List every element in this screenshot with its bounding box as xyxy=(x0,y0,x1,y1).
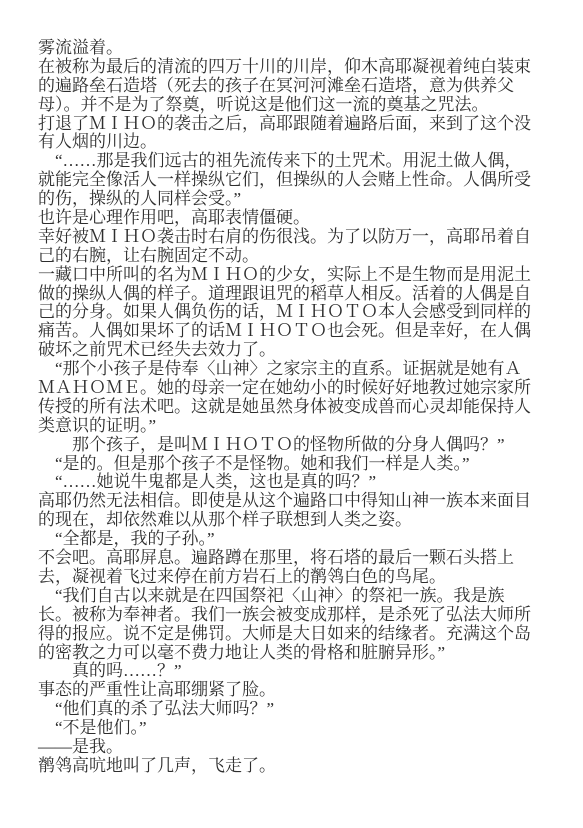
text-line: ＭＡＨＯＭＥ。她的母亲一定在她幼小的时候好好地教过她宗家所 xyxy=(38,379,547,398)
text-line: 长。被称为奉神者。我们一族会被变成那样，是杀死了弘法大师所 xyxy=(38,606,547,625)
text-line: 痛苦。人偶如果坏了的话ＭＩＨＯＴＯ也会死。但是幸好，在人偶 xyxy=(38,322,547,341)
text-line: 母）。并不是为了祭奠，听说这是他们这一流的奠基之咒法。 xyxy=(38,96,547,115)
text-line: “不是他们。” xyxy=(38,719,547,738)
text-line: 也许是心理作用吧，高耶表情僵硬。 xyxy=(38,209,547,228)
text-line: 一藏口中所叫的名为ＭＩＨＯ的少女，实际上不是生物而是用泥土 xyxy=(38,266,547,285)
text-line: 打退了ＭＩＨＯ的袭击之后，高耶跟随着遍路后面，来到了这个没 xyxy=(38,115,547,134)
text-line: 的密教之力可以毫不费力地让人类的骨格和脏腑异形。” xyxy=(38,644,547,663)
text-line: “我们自古以来就是在四国祭祀〈山神〉的祭祀一族。我是族 xyxy=(38,587,547,606)
text-line: 去，凝视着飞过来停在前方岩石上的鹡鸰白色的鸟尾。 xyxy=(38,568,547,587)
text-line: 真的吗……？” xyxy=(38,662,547,681)
text-line: 幸好被ＭＩＨＯ袭击时右肩的伤很浅。为了以防万一，高耶吊着自 xyxy=(38,228,547,247)
text-line: “……那是我们远古的祖先流传来下的土咒术。用泥土做人偶， xyxy=(38,152,547,171)
text-line: ——是我。 xyxy=(38,738,547,757)
text-line: 得的报应。说不定是佛罚。大师是大日如来的结缘者。充满这个岛 xyxy=(38,625,547,644)
text-line: 鹡鸰高吭地叫了几声，飞走了。 xyxy=(38,757,547,776)
text-line: “全都是，我的子孙。” xyxy=(38,530,547,549)
text-line: 的伤，操纵的人同样会受。” xyxy=(38,190,547,209)
text-line: 有人烟的川边。 xyxy=(38,133,547,152)
text-line: 那个孩子，是叫ＭＩＨＯＴＯ的怪物所做的分身人偶吗？” xyxy=(38,436,547,455)
text-line: 做的操纵人偶的样子。道理跟诅咒的稻草人相反。活着的人偶是自 xyxy=(38,285,547,304)
text-line: 的现在，却依然难以从那个样子联想到人类之姿。 xyxy=(38,511,547,530)
text-line: “那个小孩子是侍奉〈山神〉之家宗主的直系。证据就是她有Ａ xyxy=(38,360,547,379)
text-line: 破坏之前咒术已经失去效力了。 xyxy=(38,341,547,360)
text-line: 事态的严重性让高耶绷紧了脸。 xyxy=(38,681,547,700)
text-line: 在被称为最后的清流的四万十川的川岸，仰木高耶凝视着纯白装束 xyxy=(38,58,547,77)
text-line: “是的。但是那个孩子不是怪物。她和我们一样是人类。” xyxy=(38,455,547,474)
text-line: 类意识的证明。” xyxy=(38,417,547,436)
novel-text-page: 雾流溢着。在被称为最后的清流的四万十川的川岸，仰木高耶凝视着纯白装束的遍路垒石造… xyxy=(0,0,583,828)
text-line: “他们真的杀了弘法大师吗？” xyxy=(38,700,547,719)
text-line: 己的分身。如果人偶负伤的话，ＭＩＨＯＴＯ本人会感受到同样的 xyxy=(38,303,547,322)
text-line: 己的右腕，让右腕固定不动。 xyxy=(38,247,547,266)
text-line: 高耶仍然无法相信。即使是从这个遍路口中得知山神一族本来面目 xyxy=(38,492,547,511)
text-line: “……她说牛鬼都是人类，这也是真的吗？” xyxy=(38,473,547,492)
text-line: 不会吧。高耶屏息。遍路蹲在那里，将石塔的最后一颗石头搭上 xyxy=(38,549,547,568)
text-line: 的遍路垒石造塔（死去的孩子在冥河河滩垒石造塔，意为供养父 xyxy=(38,77,547,96)
text-line: 就能完全像活人一样操纵它们，但操纵的人会赌上性命。人偶所受 xyxy=(38,171,547,190)
text-line: 传授的所有法术吧。这就是她虽然身体被变成兽而心灵却能保持人 xyxy=(38,398,547,417)
text-block: 雾流溢着。在被称为最后的清流的四万十川的川岸，仰木高耶凝视着纯白装束的遍路垒石造… xyxy=(38,39,547,776)
text-line: 雾流溢着。 xyxy=(38,39,547,58)
